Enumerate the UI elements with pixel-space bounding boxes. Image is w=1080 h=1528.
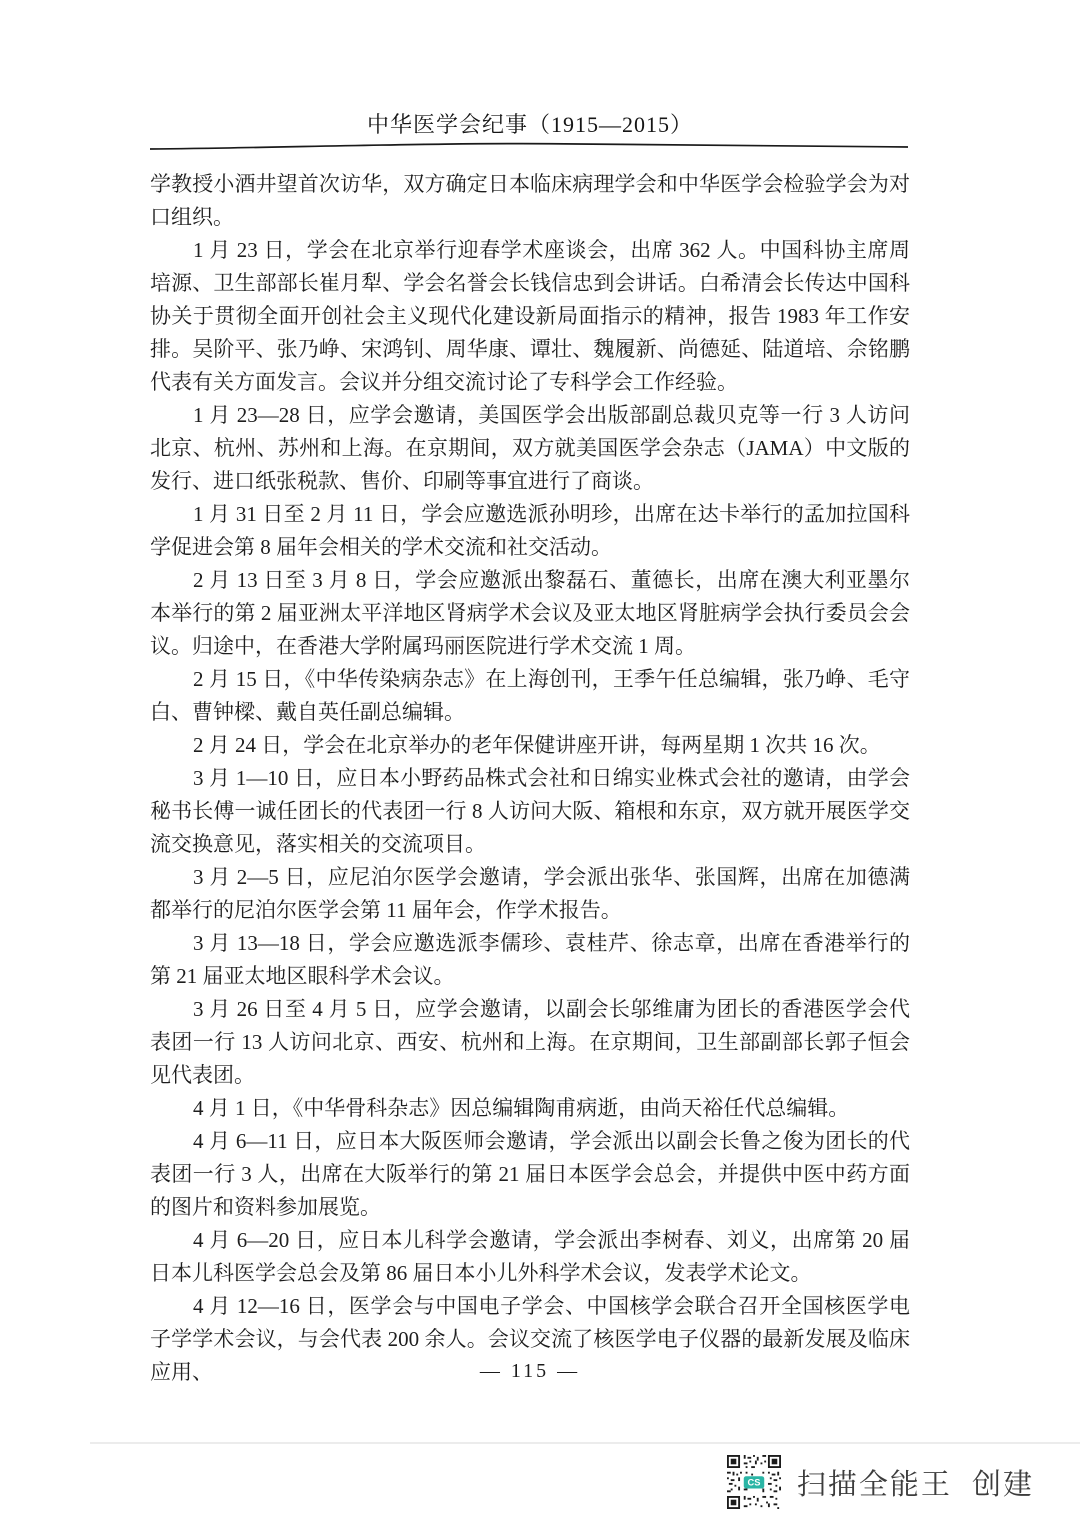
paragraph: 2 月 15 日，《中华传染病杂志》在上海创刊，王季午任总编辑，张乃峥、毛守白、… bbox=[150, 663, 910, 729]
paragraph: 3 月 2—5 日，应尼泊尔医学会邀请，学会派出张华、张国辉，出席在加德满都举行… bbox=[150, 861, 910, 927]
paragraph: 3 月 1—10 日，应日本小野药品株式会社和日绵实业株式会社的邀请，由学会秘书… bbox=[150, 762, 910, 861]
paragraph: 1 月 23—28 日，应学会邀请，美国医学会出版部副总裁贝克等一行 3 人访问… bbox=[150, 399, 910, 498]
paragraph: 2 月 24 日，学会在北京举办的老年保健讲座开讲，每两星期 1 次共 16 次… bbox=[150, 729, 910, 762]
paragraph: 4 月 1 日，《中华骨科杂志》因总编辑陶甫病逝，由尚天裕任代总编辑。 bbox=[150, 1092, 910, 1125]
paragraph: 4 月 6—20 日，应日本儿科学会邀请，学会派出李树春、刘义，出席第 20 届… bbox=[150, 1224, 910, 1290]
running-head-title: 中华医学会纪事（1915—2015） bbox=[150, 108, 910, 139]
header-rule bbox=[148, 140, 910, 152]
paragraph: 1 月 23 日，学会在北京举行迎春学术座谈会，出席 362 人。中国科协主席周… bbox=[150, 234, 910, 399]
camscanner-watermark: CS 扫描全能王 创建 bbox=[727, 1455, 1034, 1509]
watermark-label: 扫描全能王 创建 bbox=[797, 1462, 1034, 1503]
paragraph: 3 月 13—18 日，学会应邀选派李儒珍、袁桂芹、徐志章，出席在香港举行的第 … bbox=[150, 927, 910, 993]
page-number: — 115 — bbox=[150, 1360, 910, 1383]
scanned-page: 中华医学会纪事（1915—2015） 学教授小酒井望首次访华，双方确定日本临床病… bbox=[0, 0, 1080, 1528]
paragraph: 4 月 6—11 日，应日本大阪医师会邀请，学会派出以副会长鲁之俊为团长的代表团… bbox=[150, 1125, 910, 1224]
camscanner-qr-icon: CS bbox=[727, 1455, 781, 1509]
scan-edge-line bbox=[90, 1442, 1080, 1444]
paragraph: 1 月 31 日至 2 月 11 日，学会应邀选派孙明珍，出席在达卡举行的孟加拉… bbox=[150, 498, 910, 564]
page-body: 学教授小酒井望首次访华，双方确定日本临床病理学会和中华医学会检验学会为对口组织。… bbox=[150, 168, 910, 1389]
qr-center-logo-text: CS bbox=[747, 1478, 760, 1488]
paragraph: 2 月 13 日至 3 月 8 日，学会应邀派出黎磊石、董德长，出席在澳大利亚墨… bbox=[150, 564, 910, 663]
paragraph: 3 月 26 日至 4 月 5 日，应学会邀请，以副会长邬维庸为团长的香港医学会… bbox=[150, 993, 910, 1092]
paragraph: 学教授小酒井望首次访华，双方确定日本临床病理学会和中华医学会检验学会为对口组织。 bbox=[150, 168, 910, 234]
